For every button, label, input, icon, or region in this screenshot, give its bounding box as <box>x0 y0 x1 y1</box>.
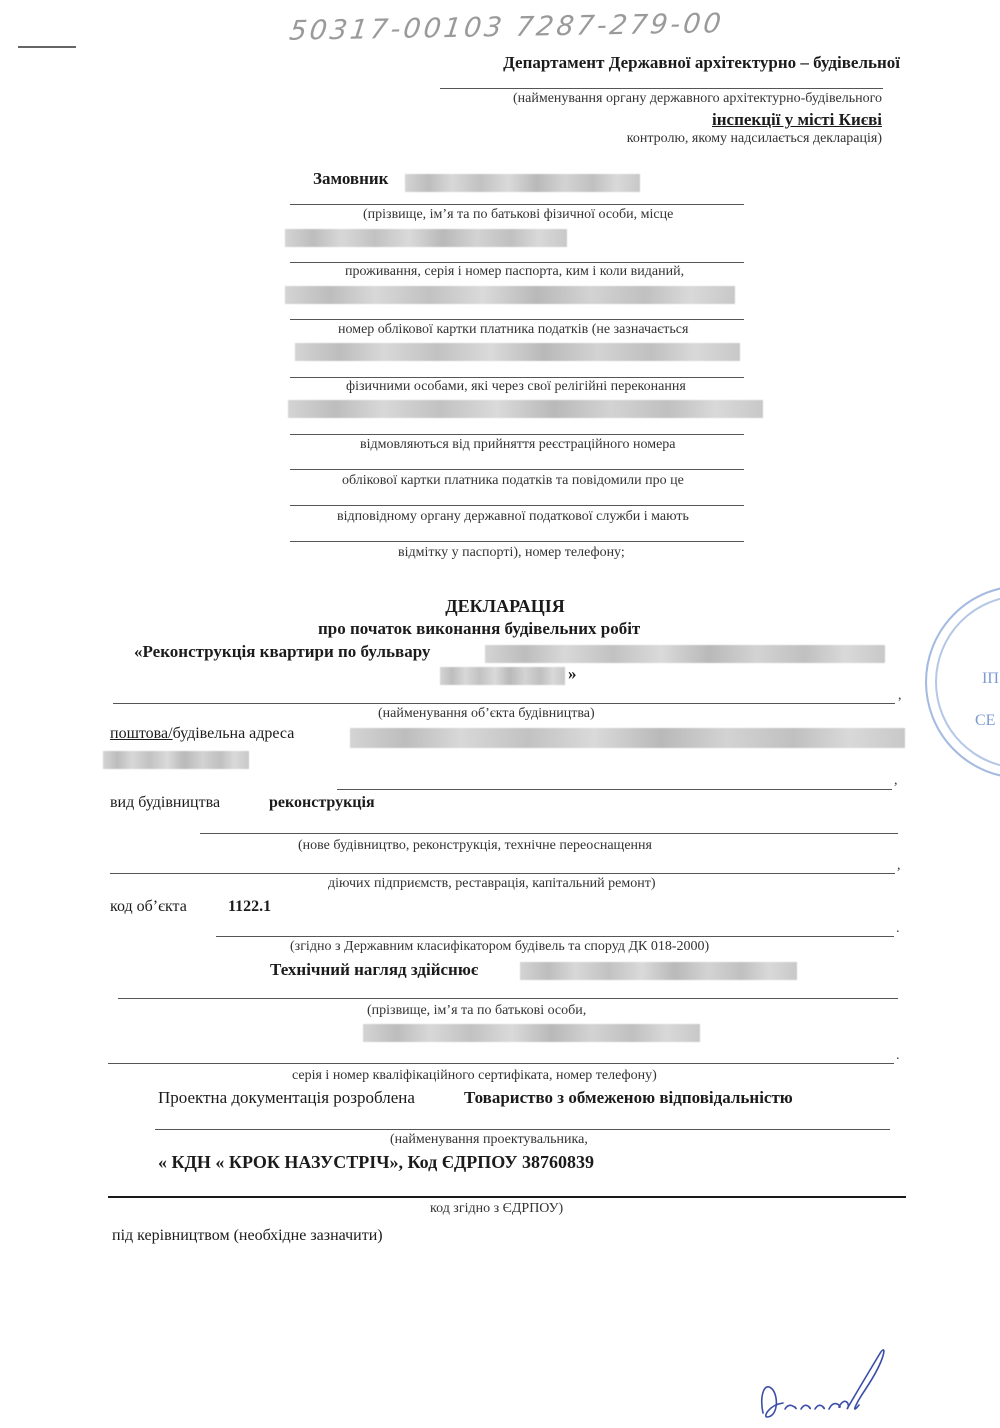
designer-underline <box>155 1129 890 1130</box>
object-name-underline <box>113 703 895 704</box>
supervision-underline <box>118 998 898 999</box>
address-comma: , <box>894 773 898 789</box>
addressee-line-1: Департамент Державної архітектурно – буд… <box>503 53 900 73</box>
designer-company-underline <box>108 1196 906 1198</box>
customer-address-redacted <box>285 229 567 247</box>
construction-type-hint-1: (нове будівництво, реконструкція, техніч… <box>298 838 652 854</box>
construction-type-value: реконструкція <box>269 794 375 812</box>
object-name-hint: (найменування об’єкта будівництва) <box>378 706 595 722</box>
object-code-hint: (згідно з Державним класифікатором будів… <box>290 939 709 955</box>
customer-hint-4: фізичними особами, які через свої релігі… <box>346 379 686 395</box>
object-name-redacted-2 <box>440 667 565 685</box>
designer-label: Проектна документація розроблена <box>158 1088 415 1108</box>
stamp-text-1: ІП <box>982 670 999 688</box>
customer-hint-6: облікової картки платника податків та по… <box>342 473 684 489</box>
designer-value: Товариство з обмеженою відповідальністю <box>464 1088 793 1108</box>
supervision-certificate-redacted <box>363 1024 700 1042</box>
construction-type-comma: , <box>897 858 901 874</box>
customer-passport-redacted <box>285 286 735 304</box>
address-redacted-2 <box>103 751 249 769</box>
designer-company: « КДН « КРОК НАЗУСТРІЧ», Код ЄДРПОУ 3876… <box>158 1152 594 1173</box>
customer-underline-7 <box>290 505 744 506</box>
signature-icon <box>755 1335 905 1425</box>
address-label-underlined: поштова/ <box>110 725 173 742</box>
object-name-redacted <box>485 645 885 663</box>
supervision-name-redacted <box>520 962 797 980</box>
customer-name-redacted <box>405 174 640 192</box>
registration-number: 50317-00103 7287-279-00 <box>288 8 726 47</box>
customer-hint-8: відмітку у паспорті), номер телефону; <box>398 545 625 561</box>
object-name-suffix: » <box>568 664 577 684</box>
addressee-underline <box>440 88 883 89</box>
customer-underline-3 <box>290 319 744 320</box>
customer-tax-number-redacted <box>295 343 740 361</box>
designer-hint-2: код згідно з ЄДРПОУ) <box>430 1201 563 1217</box>
construction-type-underline-2 <box>110 873 895 874</box>
object-code-underline <box>216 936 894 937</box>
object-code-value: 1122.1 <box>228 898 271 916</box>
address-redacted <box>350 728 905 748</box>
object-code-period: . <box>896 921 900 937</box>
customer-hint-2: проживання, серія і номер паспорта, ким … <box>345 264 684 280</box>
customer-underline-6 <box>290 469 744 470</box>
customer-underline-8 <box>290 541 744 542</box>
supervision-period: . <box>896 1048 900 1064</box>
address-label-rest: будівельна адреса <box>173 725 295 742</box>
declaration-subheading: про початок виконання будівельних робіт <box>318 619 640 639</box>
supervision-hint-1: (прізвище, ім’я та по батькові особи, <box>367 1003 586 1019</box>
address-underline <box>337 789 892 790</box>
declaration-heading: ДЕКЛАРАЦІЯ <box>0 596 1000 617</box>
addressee-hint-2: контролю, якому надсилається декларація) <box>627 131 882 147</box>
addressee-line-2: інспекції у місті Києві <box>712 110 882 130</box>
supervision-underline-2 <box>108 1063 894 1064</box>
supervision-label: Технічний нагляд здійснює <box>270 960 478 980</box>
customer-underline-2 <box>290 262 744 263</box>
construction-type-hint-2: діючих підприємств, реставрація, капітал… <box>328 876 656 892</box>
customer-hint-1: (прізвище, ім’я та по батькові фізичної … <box>363 207 673 223</box>
declaration-heading-text: ДЕКЛАРАЦІЯ <box>445 596 565 616</box>
object-name-prefix: «Реконструкція квартири по бульвару <box>134 642 430 662</box>
customer-underline-5 <box>290 434 744 435</box>
designer-hint-1: (найменування проектувальника, <box>390 1132 588 1148</box>
construction-type-underline <box>200 833 898 834</box>
customer-label: Замовник <box>313 169 388 189</box>
address-label: поштова/будівельна адреса <box>110 725 294 743</box>
stamp-text-2: СЕ <box>975 712 995 730</box>
object-code-label: код об’єкта <box>110 898 187 916</box>
customer-underline-1 <box>290 204 744 205</box>
customer-hint-5: відмовляються від прийняття реєстраційно… <box>360 437 676 453</box>
customer-phone-redacted <box>288 400 763 418</box>
customer-hint-3: номер облікової картки платника податків… <box>338 322 688 338</box>
construction-type-label: вид будівництва <box>110 794 220 812</box>
addressee-hint-1: (найменування органу державного архітект… <box>513 91 882 107</box>
supervision-hint-2: серія і номер кваліфікаційного сертифіка… <box>292 1068 657 1084</box>
customer-underline-4 <box>290 377 744 378</box>
object-name-comma: , <box>898 688 902 704</box>
margin-mark <box>18 46 76 48</box>
customer-hint-7: відповідному органу державної податкової… <box>337 509 689 525</box>
management-label: під керівництвом (необхідне зазначити) <box>112 1227 383 1245</box>
